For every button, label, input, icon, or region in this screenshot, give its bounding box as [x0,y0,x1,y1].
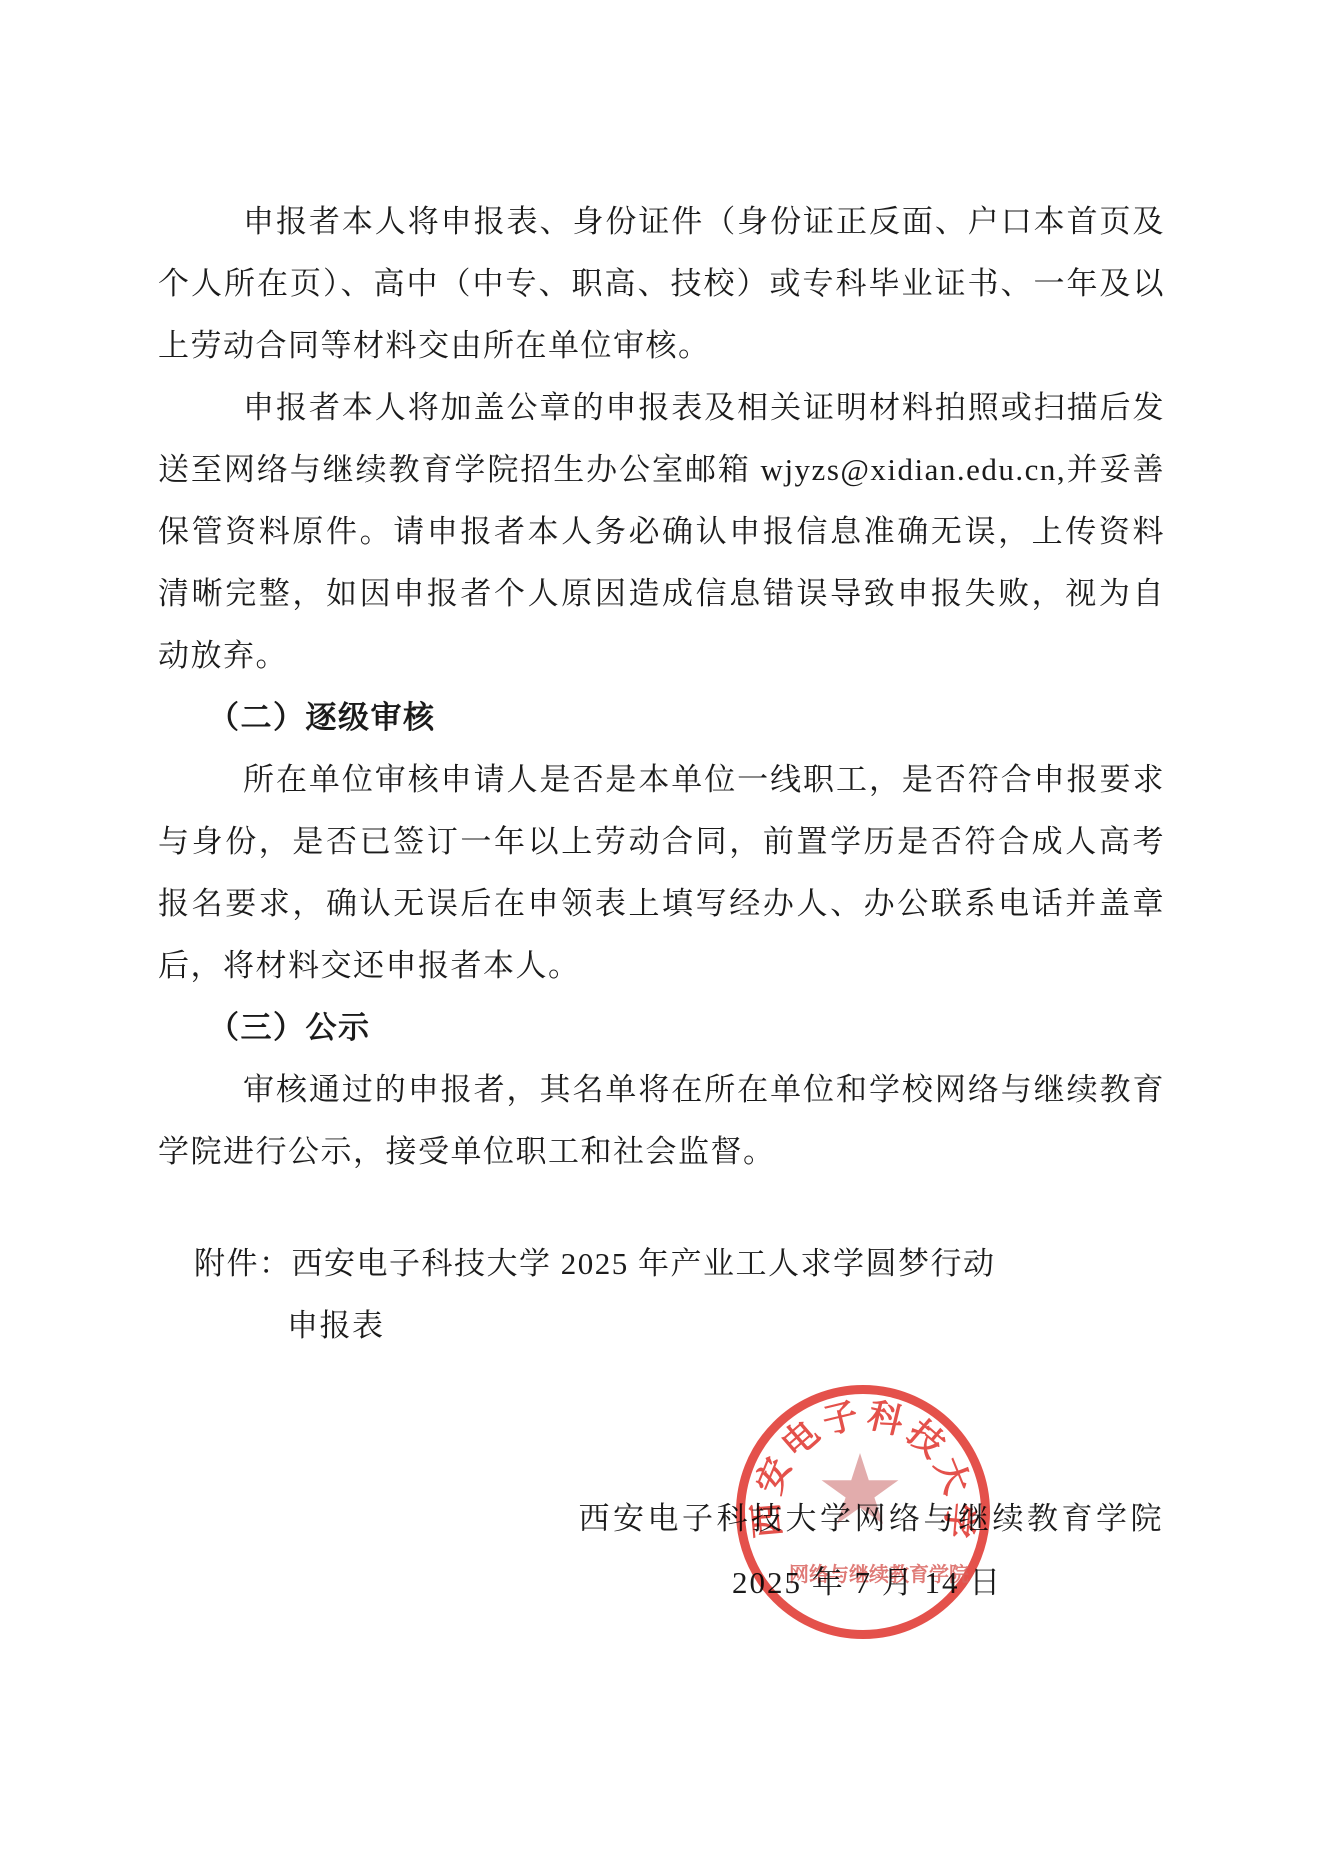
paragraph-email-submission: 申报者本人将加盖公章的申报表及相关证明材料拍照或扫描后发送至网络与继续教育学院招… [158,377,1165,687]
heading-level-review: （二）逐级审核 [158,687,1165,749]
paragraph-materials-submission: 申报者本人将申报表、身份证件（身份证正反面、户口本首页及个人所在页）、高中（中专… [158,191,1165,377]
seal-arc-char: 学 [940,1501,978,1539]
official-seal: 西安电子科技大学 网络与继续教育学院 [736,1385,990,1639]
paragraph-unit-review: 所在单位审核申请人是否是本单位一线职工，是否符合申报要求与身份，是否已签订一年以… [158,749,1165,997]
seal-arc-char: 电 [776,1415,825,1464]
seal-arc-char: 大 [929,1453,975,1499]
seal-arc-char: 安 [751,1453,797,1499]
attachment-note: 附件：西安电子科技大学 2025 年产业工人求学圆梦行动 申报表 [158,1233,1165,1357]
seal-arc-char: 子 [819,1398,861,1440]
seal-arc-char: 技 [901,1415,950,1464]
seal-bottom-text: 网络与继续教育学院 [752,1565,1006,1585]
seal-arc-char: 西 [748,1501,786,1539]
attachment-line1: 附件：西安电子科技大学 2025 年产业工人求学圆梦行动 [194,1246,996,1281]
paragraph-publicity: 审核通过的申报者，其名单将在所在单位和学校网络与继续教育学院进行公示，接受单位职… [158,1059,1165,1183]
document-page: 申报者本人将申报表、身份证件（身份证正反面、户口本首页及个人所在页）、高中（中专… [0,0,1322,1871]
heading-publicity: （三）公示 [158,997,1165,1059]
document-body: 申报者本人将申报表、身份证件（身份证正反面、户口本首页及个人所在页）、高中（中专… [158,191,1165,1357]
attachment-line2: 申报表 [287,1295,385,1357]
seal-arc-char: 科 [864,1398,906,1440]
seal-arc-text: 西安电子科技大学 [736,1385,990,1639]
